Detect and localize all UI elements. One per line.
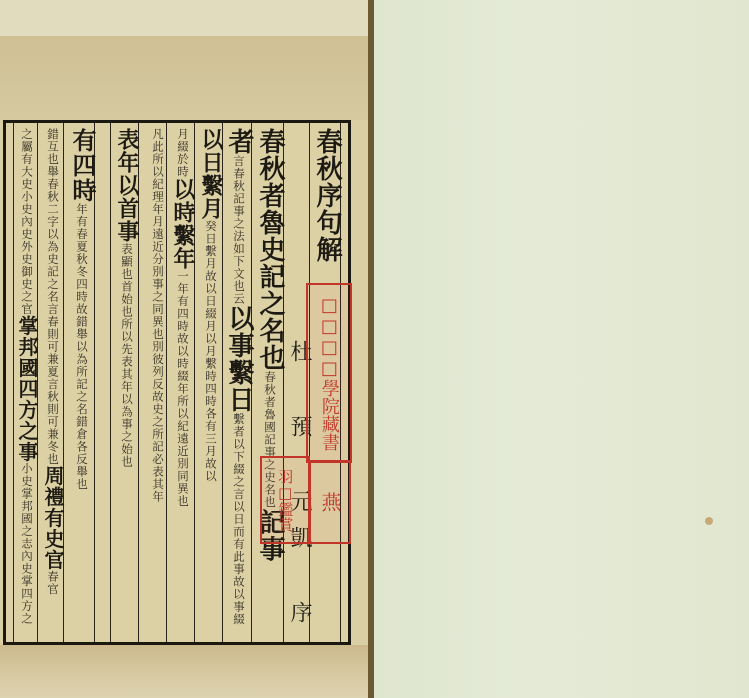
upper-margin-stain — [0, 36, 372, 120]
commentary-text: 言春秋記事之法如下文也云 — [232, 155, 246, 305]
commentary-text: 月綴於時 — [176, 128, 190, 178]
commentary-text: 錯互也舉春秋二字以為史記之名言春則可兼夏言秋則可兼冬也 — [46, 128, 60, 466]
main-text: 春秋者魯史記之名也 — [255, 128, 285, 371]
text-column-3: 以日繫月癸日繫月故以日綴月以月繫時四時各有三月故以 — [196, 128, 222, 638]
commentary-text: 錯倉各反舉也 — [75, 416, 89, 491]
text-column-9: 之屬有大史小史內史外史御史之官掌邦國四方之事小史掌邦國之志內史掌四方之 — [14, 128, 37, 638]
right-page-blank — [374, 0, 749, 698]
main-text: 表年以首事 — [114, 128, 140, 243]
main-text: 周禮有史官 — [41, 466, 65, 571]
commentary-text: 春官 — [46, 571, 60, 596]
main-text: 以事繫日 — [224, 305, 254, 413]
text-column-6: 表年以首事表顯也首始也所以先表其年以為事之始也 — [112, 128, 138, 638]
main-text: 有四時 — [68, 128, 97, 203]
left-page: 春秋序句解 杜 預 元凱 序 春秋者魯史記之名也春秋者魯國記事之史名也記事 者言… — [0, 0, 372, 698]
commentary-text: 之屬有大史小史內史外史御史之官 — [20, 128, 34, 316]
commentary-text: 年有春夏秋冬四時故錯舉以為所記之名 — [75, 203, 89, 416]
column-rule — [166, 123, 167, 642]
text-column-8: 錯互也舉春秋二字以為史記之名言春則可兼夏言秋則可兼冬也周禮有史官春官 — [39, 128, 63, 638]
text-column-2: 者言春秋記事之法如下文也云以事繫日繫者以下綴之言以日而有此事故以事綴 — [224, 128, 252, 638]
main-text: 掌邦國四方之事 — [15, 316, 39, 463]
text-column-7: 有四時年有春夏秋冬四時故錯舉以為所記之名錯倉各反舉也 — [65, 128, 94, 638]
top-margin-strip — [0, 0, 372, 36]
text-column-4: 月綴於時以時繫年一年有四時故以時綴年所以紀遠近別同異也 — [168, 128, 194, 638]
collection-seal: □□□□學院藏書 — [306, 283, 352, 463]
main-text: 者 — [224, 128, 254, 155]
commentary-text: 凡此所以紀理年月遠近分別事之同異也別彼列反故史之所記必表其年 — [151, 128, 165, 503]
name-seal-left: 羽□鑑賞 — [260, 456, 310, 544]
main-text: 以時繫年 — [170, 178, 196, 270]
text-column-5: 凡此所以紀理年月遠近分別事之同異也別彼列反故史之所記必表其年 — [140, 128, 166, 638]
commentary-text: 小史掌邦國之志內史掌四方之 — [20, 463, 34, 626]
column-rule — [110, 123, 111, 642]
paper-stain-spot — [705, 517, 713, 525]
commentary-text: 一年有四時故以時綴年所以紀遠近別同異也 — [176, 270, 190, 508]
main-text: 以日繫月 — [198, 128, 224, 220]
lower-margin-stain — [0, 645, 372, 698]
name-seal-right: 燕 — [309, 460, 351, 544]
text-column-1: 春秋者魯史記之名也春秋者魯國記事之史名也記事 — [253, 128, 283, 638]
commentary-text: 癸日繫月故以日綴月以月繫時四時各有三月故以 — [204, 220, 218, 483]
commentary-text: 表顯也首始也所以先表其年以為事之始也 — [120, 243, 134, 468]
commentary-text: 繫者以下綴之言以日而有此事故以事綴 — [232, 413, 246, 626]
